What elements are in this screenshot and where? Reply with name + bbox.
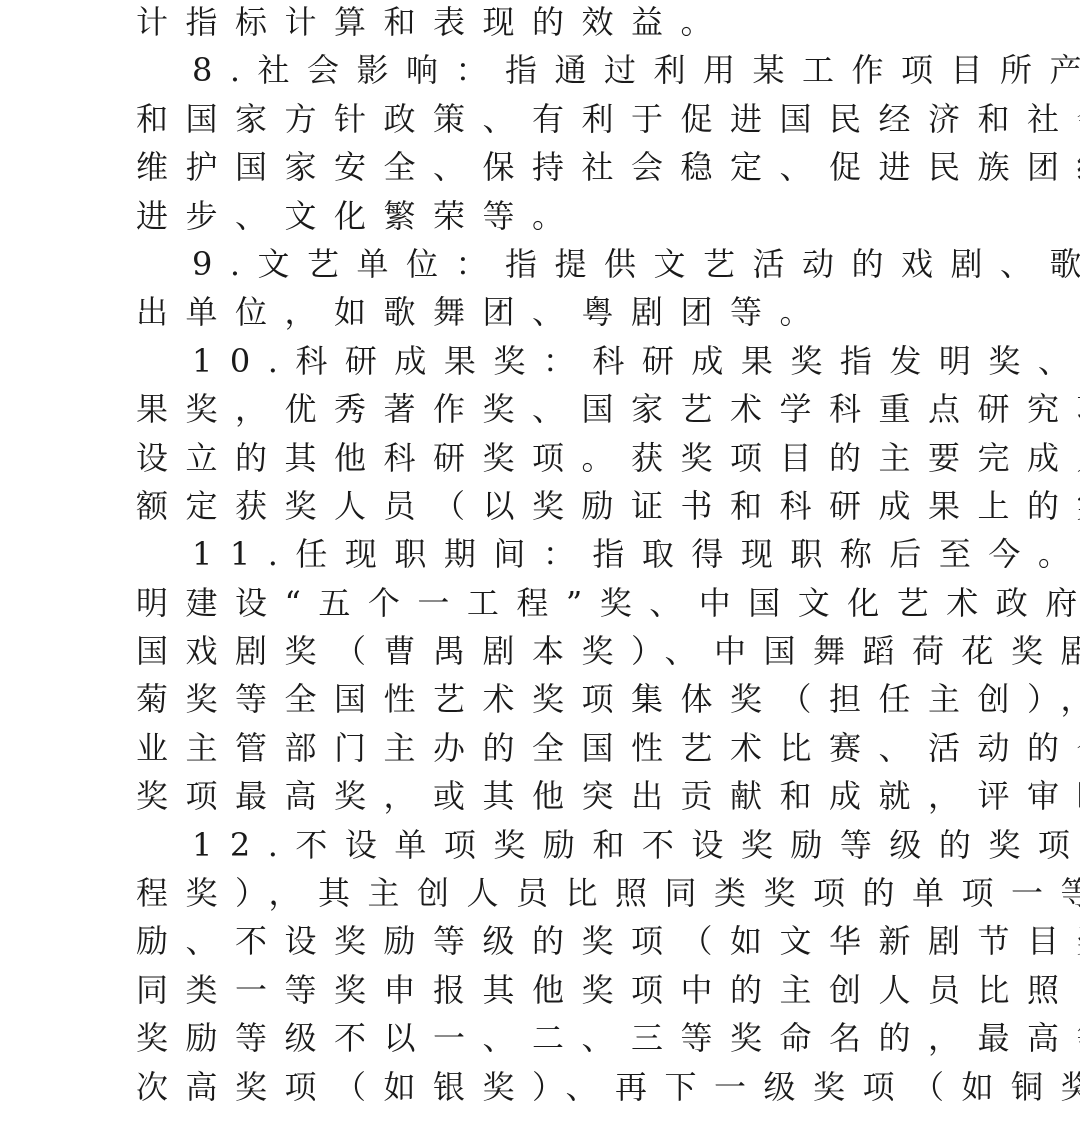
text-line: 同类一等奖申报其他奖项中的主创人员比照同类二等奖申报。设 bbox=[136, 966, 940, 1014]
text-line: 额定获奖人员（以奖励证书和科研成果上的实际署名为准）。 bbox=[136, 482, 940, 530]
item-10-heading-line: 10.科研成果奖：科研成果奖指发明奖、科技进步奖、社科成 bbox=[136, 337, 940, 385]
item-9-heading-line: 9.文艺单位：指提供文艺活动的戏剧、歌舞、曲艺等文艺演 bbox=[136, 240, 940, 288]
text-line: 奖励等级不以一、二、三等奖命名的，最高等级奖项（如金奖）、 bbox=[136, 1014, 940, 1062]
text-line: 维护国家安全、保持社会稳定、促进民族团结、经济发展、科技 bbox=[136, 143, 940, 191]
text-line: 果奖，优秀著作奖、国家艺术学科重点研究项目奖及省以上政府 bbox=[136, 385, 940, 433]
item-8-heading-line: 8.社会影响：指通过利用某工作项目所产生的有利于贯彻党 bbox=[136, 46, 940, 94]
item-11-heading-line: 11.任现职期间：指取得现职称后至今。其中，中宣部精神文 bbox=[136, 530, 940, 578]
text-line: 设立的其他科研奖项。获奖项目的主要完成人：指获奖项目等级 bbox=[136, 434, 940, 482]
text-line: 次高奖项（如银奖）、再下一级奖项（如铜奖），分别对应等同 bbox=[136, 1063, 940, 1111]
text-line: 明建设“五个一工程”奖、中国文化艺术政府奖（文华奖）、中 bbox=[136, 579, 940, 627]
text-line: 和国家方针政策、有利于促进国民经济和社会发展的效益，包括 bbox=[136, 95, 940, 143]
text-line: 菊奖等全国性艺术奖项集体奖（担任主创），由国家级本专业行 bbox=[136, 675, 940, 723]
text-line: 计指标计算和表现的效益。 bbox=[136, 0, 940, 46]
text-line: 业主管部门主办的全国性艺术比赛、活动的个人奖最高奖、集体 bbox=[136, 724, 940, 772]
text-line: 国戏剧奖（曹禺剧本奖）、中国舞蹈荷花奖剧目奖、中国杂技金 bbox=[136, 627, 940, 675]
document-page: 计指标计算和表现的效益。 8.社会影响：指通过利用某工作项目所产生的有利于贯彻党… bbox=[136, 0, 940, 1111]
text-line: 奖项最高奖，或其他突出贡献和成就，评审时可作为重要参考。 bbox=[136, 772, 940, 820]
text-line: 励、不设奖励等级的奖项（如文华新剧节目奖），其单项奖比照 bbox=[136, 917, 940, 965]
text-line: 进步、文化繁荣等。 bbox=[136, 192, 940, 240]
text-line: 程奖），其主创人员比照同类奖项的单项一等奖申报；设单项奖 bbox=[136, 869, 940, 917]
item-12-heading-line: 12.不设单项奖励和不设奖励等级的奖项（如中宣部五个一工 bbox=[136, 821, 940, 869]
text-line: 出单位，如歌舞团、粤剧团等。 bbox=[136, 288, 940, 336]
